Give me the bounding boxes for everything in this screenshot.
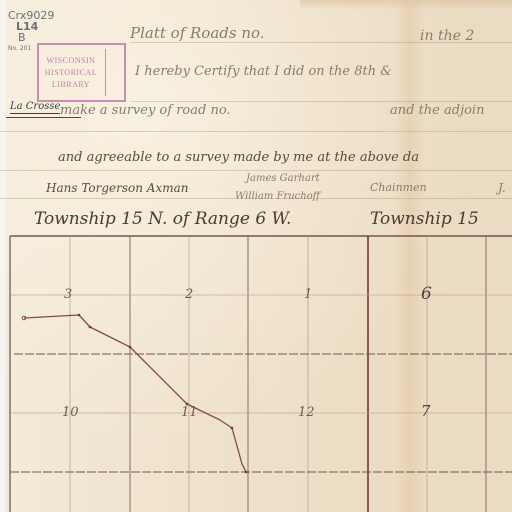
section-number: 12 <box>298 405 315 420</box>
section-number: 10 <box>62 405 79 420</box>
document-page: Crx9029 L14 B No. 201 WISCONSIN HISTORIC… <box>0 0 512 512</box>
road-path <box>24 315 246 472</box>
section-number: 1 <box>304 287 312 302</box>
section-number: 3 <box>64 287 72 302</box>
plat-grid <box>0 0 512 512</box>
section-number: 6 <box>421 284 432 304</box>
section-number: 7 <box>421 402 431 420</box>
section-number: 11 <box>181 405 198 420</box>
section-number: 2 <box>185 287 193 302</box>
